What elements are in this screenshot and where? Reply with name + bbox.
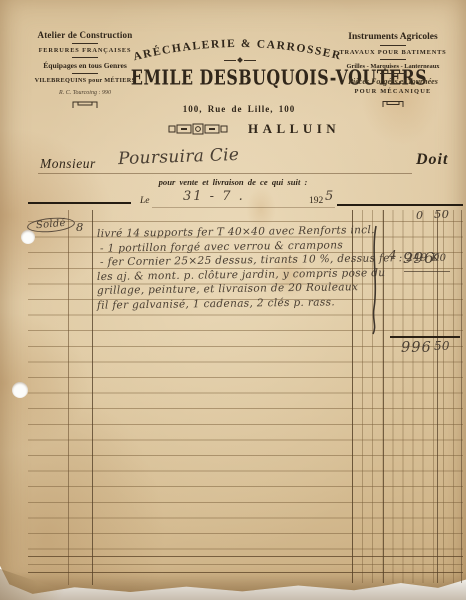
rate-note-handwritten: 4	[389, 248, 397, 262]
header-right-line5: POUR MÉCANIQUE	[330, 88, 456, 95]
column-line-quantity	[92, 210, 93, 585]
chain-ornament-icon	[168, 123, 234, 135]
punch-hole-top	[21, 230, 35, 244]
year-handwritten: 5	[325, 189, 334, 204]
date-handwritten: 31 - 7 .	[183, 189, 245, 204]
salutation-label: Monsieur	[40, 156, 96, 172]
date-underline	[152, 207, 335, 208]
city-name: HALLUIN	[248, 121, 340, 137]
client-name-handwritten: Poursuira Cie	[118, 145, 240, 169]
divider-rule	[380, 73, 406, 74]
client-name-underline	[38, 173, 412, 174]
divider-rule	[380, 59, 406, 60]
header-right-column: Instruments Agricoles TRAVAUX POUR BATIM…	[330, 32, 456, 113]
amount-centimes: 00	[433, 253, 446, 264]
column-line-amount-start	[383, 210, 384, 583]
header-right-line3: Grilles - Marquises - Lanterneaux	[330, 63, 456, 70]
subtitle: pour vente et livraison de ce qui suit :	[118, 177, 348, 187]
bottom-edge-shadow	[0, 572, 466, 600]
margin-note: Soldé	[27, 218, 75, 232]
city-row: HALLUIN	[168, 121, 340, 137]
amount-francs: 996	[403, 249, 435, 267]
divider-rule	[72, 73, 98, 74]
date-prefix: Le	[140, 196, 150, 206]
header-left-line2: FERRURES FRANÇAISES	[24, 47, 146, 54]
margin-note-oval: Soldé	[26, 216, 75, 234]
total-centimes: 50	[434, 339, 450, 353]
amount-underline	[404, 271, 450, 272]
header-left-column: Atelier de Construction FERRURES FRANÇAI…	[24, 30, 146, 114]
column-line-right-edge	[461, 210, 462, 583]
carry-centimes: 50	[434, 207, 449, 221]
column-line-money-start	[352, 210, 353, 583]
street-address: 100, Rue de Lille, 100	[133, 104, 345, 114]
punch-hole-bottom	[12, 382, 28, 398]
column-line-margin	[68, 210, 69, 585]
grouping-brace-stroke	[368, 224, 382, 336]
bottom-ruled-line-1	[28, 556, 463, 557]
quantity-handwritten: 8	[76, 220, 84, 234]
carry-francs: 0	[416, 209, 423, 222]
total-francs: 996	[401, 340, 432, 356]
business-name: EMILE DESBUQUOIS-VOUTERS	[131, 65, 347, 90]
trade-register-note: R. C. Tourcoing : 990	[24, 90, 146, 96]
staple-ornament-icon	[381, 99, 405, 108]
doit-label: Doit	[416, 151, 448, 169]
diamond-rule-icon	[224, 58, 256, 62]
header-right-line1: Instruments Agricoles	[330, 32, 456, 42]
header-right-line2: TRAVAUX POUR BATIMENTS	[330, 49, 456, 56]
header-right-line4: Pièces Forgées et Tournées	[330, 77, 456, 86]
year-printed: 192	[309, 196, 323, 206]
divider-rule	[380, 45, 406, 46]
total-overline	[390, 336, 460, 338]
divider-rule	[72, 43, 98, 44]
column-line-centimes	[437, 210, 438, 583]
header-left-line1: Atelier de Construction	[24, 30, 146, 40]
scanned-invoice-page: Atelier de Construction FERRURES FRANÇAI…	[0, 0, 466, 600]
header-left-line4: VILEBREQUINS pour MÉTIERS	[24, 77, 146, 84]
header-left-line3: Équipages en tous Genres	[24, 61, 146, 70]
top-rule-left	[28, 202, 131, 204]
staple-ornament-icon	[70, 99, 100, 109]
divider-rule	[72, 57, 98, 58]
